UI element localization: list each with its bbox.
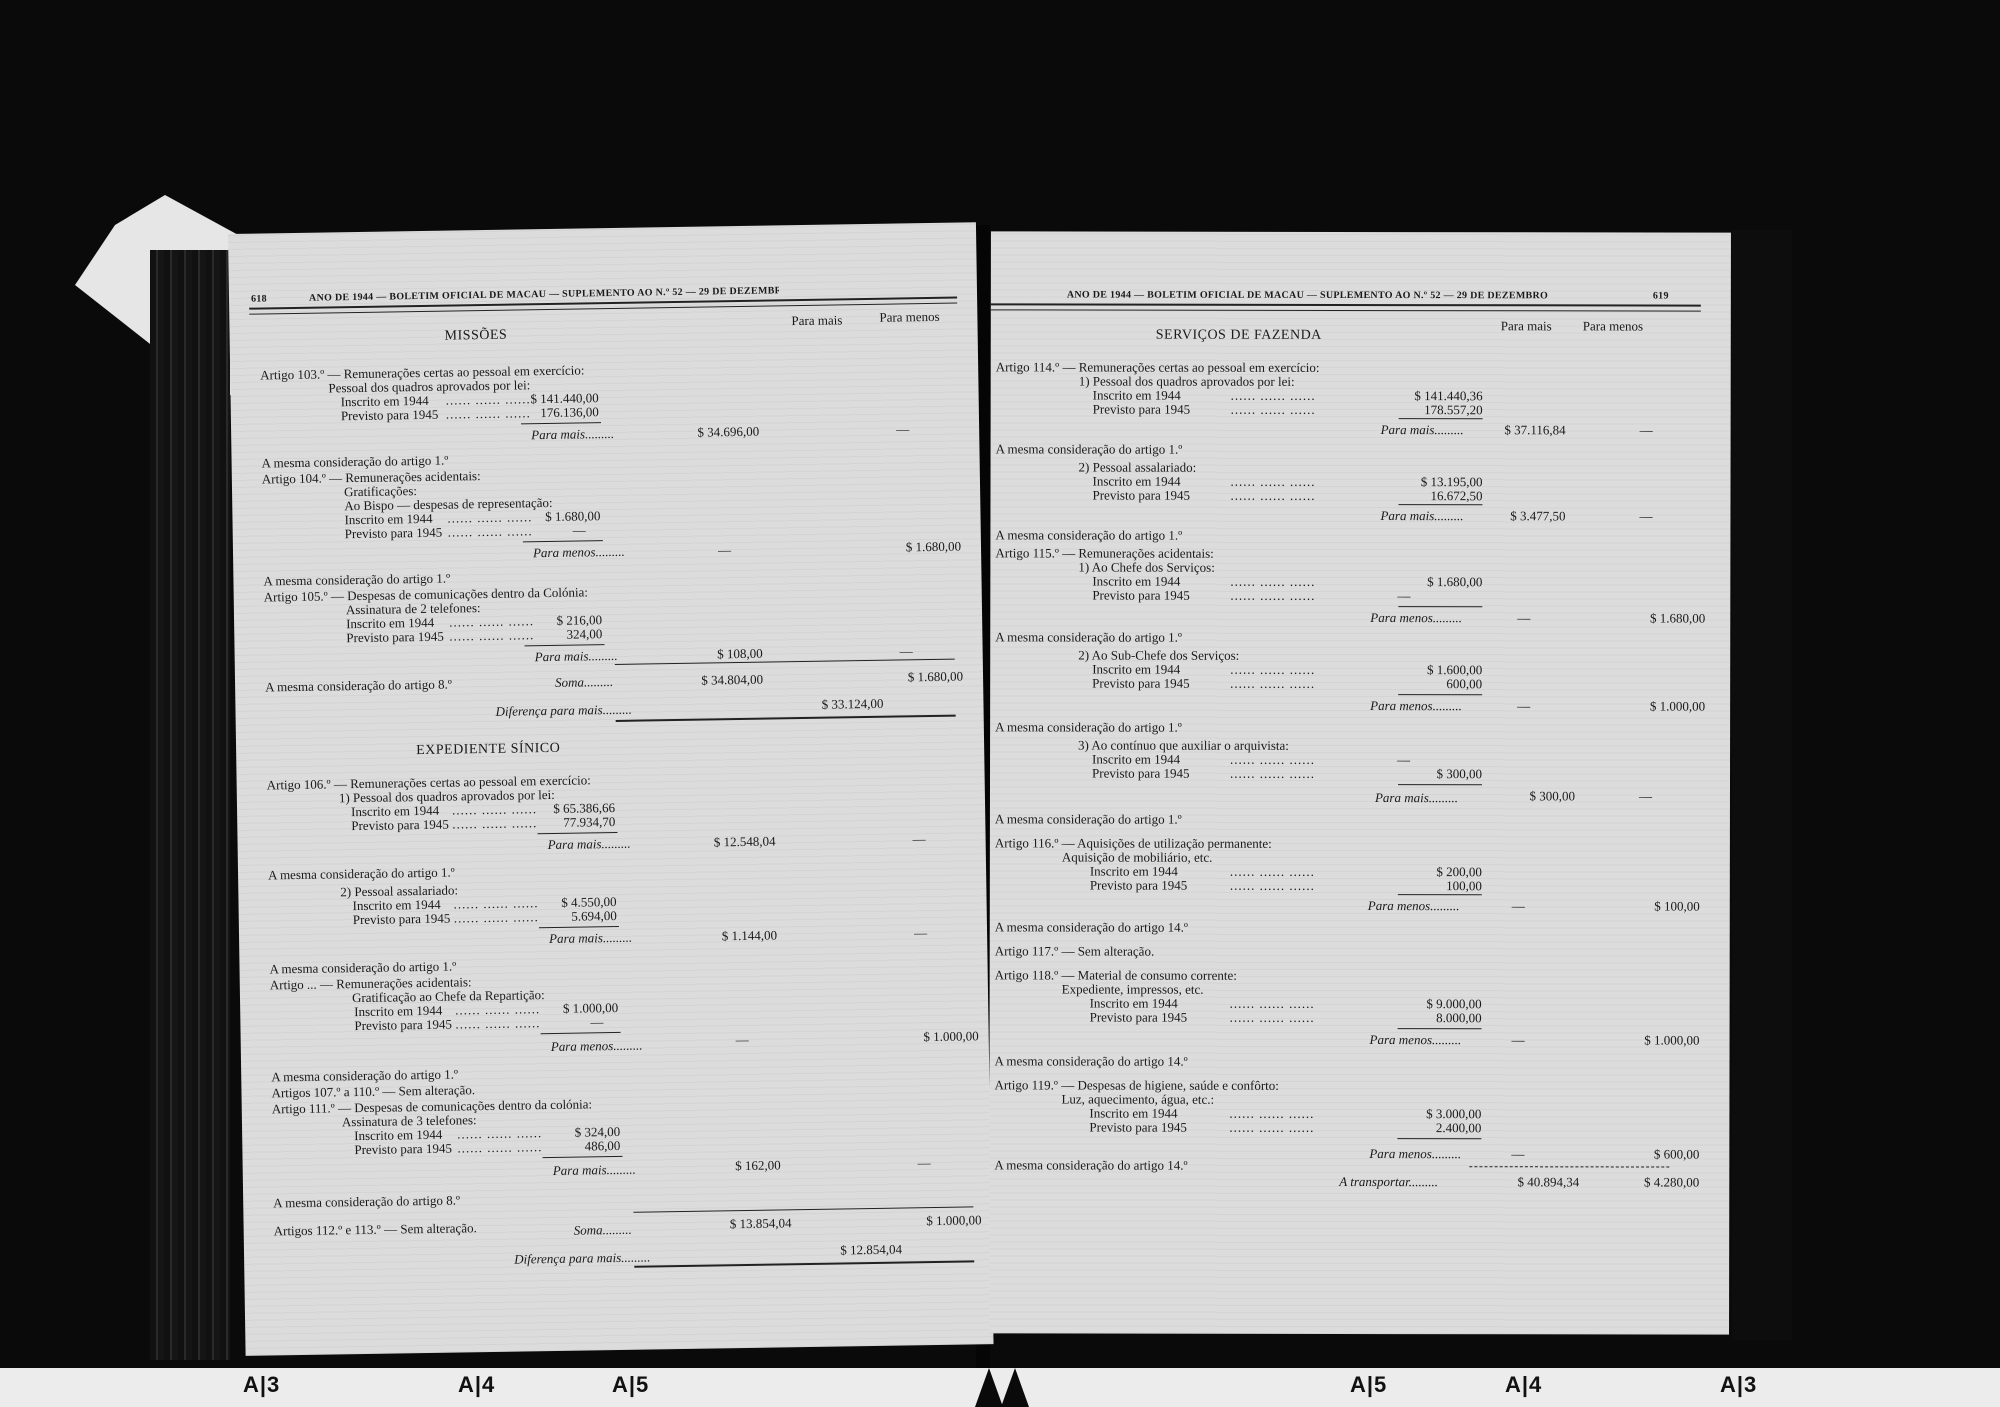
- consideration-note: A mesma consideração do artigo 1.º: [996, 441, 1183, 457]
- leader-dots: ...... ...... ......: [446, 405, 531, 422]
- previsto-value: 77.934,70: [563, 814, 615, 831]
- soma-menos-value: $ 1.680,00: [908, 669, 963, 686]
- previsto-label: Previsto para 1945: [1092, 766, 1190, 782]
- para-menos-label: Para menos.........: [1370, 698, 1462, 714]
- section-title-servicos-fazenda: SERVIÇOS DE FAZENDA: [1156, 328, 1322, 344]
- diferenca-label: Diferença para mais.........: [495, 702, 632, 720]
- para-menos-value: $ 100,00: [1654, 899, 1700, 915]
- previsto-label: Previsto para 1945: [1090, 878, 1188, 894]
- para-mais-value: $ 34.696,00: [697, 424, 759, 441]
- previsto-value: 178.557,20: [1424, 402, 1483, 418]
- book-edge-left: [150, 250, 230, 1360]
- film-notch: [975, 1368, 1003, 1407]
- soma-mais-value: $ 34.804,00: [701, 672, 763, 689]
- a-transportar-label: A transportar.........: [1339, 1174, 1438, 1190]
- article-heading: Artigos 112.º e 113.º — Sem alteração.: [274, 1220, 477, 1239]
- col-header-menos: Para menos: [879, 309, 940, 326]
- previsto-value: $ 300,00: [1437, 766, 1483, 782]
- para-mais-label: Para mais.........: [1375, 790, 1458, 806]
- inscrito-value: $ 1.680,00: [1427, 574, 1482, 590]
- left-page: 618 ANO DE 1944 — BOLETIM OFICIAL DE MAC…: [228, 222, 994, 1356]
- soma-mais-value: $ 13.854,04: [730, 1215, 792, 1232]
- film-marker: A|5: [1350, 1372, 1387, 1398]
- previsto-value: 486,00: [585, 1138, 621, 1155]
- consideration-note: A mesma consideração do artigo 1.º: [995, 719, 1182, 735]
- para-mais-value: $ 108,00: [717, 646, 763, 663]
- consideration-note: A mesma consideração do artigo 1.º: [995, 811, 1182, 827]
- para-menos-value: $ 1.680,00: [906, 539, 961, 556]
- previsto-label: Previsto para 1945: [341, 407, 439, 425]
- para-mais-value: $ 162,00: [735, 1157, 781, 1174]
- previsto-label: Previsto para 1945: [1093, 402, 1191, 418]
- para-menos-value: —: [912, 831, 925, 847]
- consideration-note: A mesma consideração do artigo 8.º: [265, 677, 452, 696]
- leader-dots: ...... ...... ......: [1230, 878, 1315, 894]
- previsto-value: —: [573, 522, 586, 538]
- diferenca-value: $ 33.124,00: [822, 696, 884, 713]
- para-menos-label: Para menos.........: [533, 544, 625, 561]
- para-menos-label: Para menos.........: [1370, 610, 1462, 626]
- leader-dots: ...... ...... ......: [457, 1139, 542, 1156]
- para-menos-value: —: [896, 421, 909, 437]
- para-mais-value: —: [736, 1032, 749, 1048]
- previsto-value: 600,00: [1446, 676, 1482, 692]
- para-mais-value: $ 300,00: [1529, 788, 1575, 804]
- page-number: 619: [1653, 291, 1669, 302]
- previsto-label: Previsto para 1945: [345, 525, 443, 543]
- para-menos-value: $ 1.000,00: [1650, 699, 1705, 715]
- film-marker: A|4: [1505, 1372, 1542, 1398]
- previsto-value: 176.136,00: [540, 404, 599, 421]
- para-menos-value: —: [1639, 508, 1652, 524]
- film-marker: A|5: [612, 1372, 649, 1398]
- col-header-mais: Para mais: [791, 312, 842, 329]
- para-mais-label: Para mais.........: [553, 1162, 636, 1179]
- para-menos-value: —: [914, 925, 927, 941]
- para-menos-label: Para menos.........: [1368, 898, 1460, 914]
- previsto-value: 2.400,00: [1436, 1120, 1482, 1136]
- para-menos-label: Para menos.........: [1370, 1032, 1462, 1048]
- section-title-missoes: MISSÕES: [445, 328, 508, 345]
- leader-dots: ...... ...... ......: [449, 627, 534, 644]
- previsto-value: —: [1397, 588, 1410, 604]
- diferenca-label: Diferença para mais.........: [514, 1249, 651, 1267]
- para-mais-label: Para mais.........: [549, 930, 632, 947]
- film-marker: A|4: [458, 1372, 495, 1398]
- leader-dots: ...... ...... ......: [448, 523, 533, 540]
- previsto-label: Previsto para 1945: [354, 1017, 452, 1035]
- para-menos-value: $ 1.680,00: [1650, 611, 1705, 627]
- para-mais-value: $ 12.548,04: [714, 833, 776, 850]
- leader-dots: ...... ...... ......: [1230, 588, 1315, 604]
- previsto-value: 100,00: [1446, 878, 1482, 894]
- para-menos-label: Para menos.........: [551, 1038, 643, 1055]
- soma-label: Soma.........: [555, 674, 613, 691]
- leader-dots: ...... ...... ......: [455, 1015, 540, 1032]
- soma-label: Soma.........: [574, 1222, 632, 1239]
- previsto-label: Previsto para 1945: [346, 629, 444, 647]
- para-mais-label: Para mais.........: [1381, 422, 1464, 438]
- page-header: ANO DE 1944 — BOLETIM OFICIAL DE MACAU —…: [991, 289, 1731, 310]
- consideration-note: A mesma consideração do artigo 1.º: [268, 865, 455, 884]
- consideration-note: A mesma consideração do artigo 8.º: [273, 1192, 460, 1211]
- para-mais-label: Para mais.........: [535, 648, 618, 665]
- para-mais-label: Para mais.........: [1380, 508, 1463, 524]
- para-menos-value: —: [1640, 422, 1653, 438]
- para-menos-label: Para menos.........: [1369, 1146, 1461, 1162]
- col-header-mais: Para mais: [1501, 318, 1552, 334]
- leader-dots: ...... ...... ......: [1229, 1120, 1314, 1136]
- film-notch: [1001, 1368, 1029, 1407]
- previsto-value: 324,00: [566, 626, 602, 643]
- inscrito-value: —: [1397, 752, 1410, 768]
- diferenca-value: $ 12.854,04: [840, 1242, 902, 1259]
- para-mais-value: —: [718, 542, 731, 558]
- para-mais-value: $ 1.144,00: [722, 927, 777, 944]
- leader-dots: ...... ...... ......: [1230, 676, 1315, 692]
- previsto-value: 5.694,00: [571, 908, 617, 925]
- a-transportar-menos-value: $ 4.280,00: [1644, 1174, 1699, 1190]
- col-header-menos: Para menos: [1583, 318, 1643, 334]
- para-menos-value: $ 1.000,00: [923, 1028, 978, 1045]
- book-edge-right: [1732, 230, 1792, 1340]
- soma-menos-value: $ 1.000,00: [926, 1212, 981, 1229]
- header-rule: [991, 303, 1701, 311]
- para-mais-value: —: [1517, 698, 1530, 714]
- previsto-label: Previsto para 1945: [1092, 676, 1190, 692]
- right-page: ANO DE 1944 — BOLETIM OFICIAL DE MACAU —…: [989, 231, 1731, 1334]
- leader-dots: ...... ...... ......: [1231, 402, 1316, 418]
- consideration-note: A mesma consideração do artigo 1.º: [995, 629, 1182, 645]
- leader-dots: ...... ...... ......: [454, 909, 539, 926]
- leader-dots: ...... ...... ......: [1230, 488, 1315, 504]
- consideration-note: A mesma consideração do artigo 14.º: [995, 919, 1188, 935]
- section-title-expediente-sinico: EXPEDIENTE SÍNICO: [416, 741, 560, 759]
- film-marker: A|3: [243, 1372, 280, 1398]
- para-mais-value: —: [1517, 610, 1530, 626]
- previsto-label: Previsto para 1945: [1089, 1120, 1187, 1136]
- consideration-note: A mesma consideração do artigo 1.º: [995, 527, 1182, 543]
- para-menos-value: $ 600,00: [1654, 1147, 1700, 1163]
- previsto-label: Previsto para 1945: [351, 817, 449, 835]
- film-marker: A|3: [1720, 1372, 1757, 1398]
- para-mais-value: —: [1511, 1146, 1524, 1162]
- para-mais-value: —: [1512, 898, 1525, 914]
- previsto-label: Previsto para 1945: [1092, 588, 1190, 604]
- previsto-value: 8.000,00: [1436, 1010, 1482, 1026]
- consideration-note: A mesma consideração do artigo 14.º: [994, 1053, 1187, 1069]
- page-header: 618 ANO DE 1944 — BOLETIM OFICIAL DE MAC…: [229, 282, 977, 314]
- para-menos-value: $ 1.000,00: [1644, 1032, 1699, 1048]
- header-title: ANO DE 1944 — BOLETIM OFICIAL DE MACAU —…: [1067, 289, 1607, 301]
- para-mais-value: —: [1512, 1032, 1525, 1048]
- previsto-value: 16.672,50: [1430, 488, 1482, 504]
- para-menos-value: —: [1639, 788, 1652, 804]
- para-menos-value: —: [918, 1155, 931, 1171]
- para-mais-label: Para mais.........: [548, 836, 631, 853]
- previsto-label: Previsto para 1945: [353, 911, 451, 929]
- para-mais-value: $ 3.477,50: [1510, 508, 1565, 524]
- previsto-value: —: [590, 1014, 603, 1030]
- para-mais-label: Para mais.........: [531, 426, 614, 443]
- a-transportar-mais-value: $ 40.894,34: [1518, 1174, 1580, 1190]
- consideration-note: A mesma consideração do artigo 14.º: [994, 1157, 1187, 1173]
- previsto-label: Previsto para 1945: [354, 1141, 452, 1159]
- leader-dots: ...... ...... ......: [1230, 766, 1315, 782]
- previsto-label: Previsto para 1945: [1092, 488, 1190, 504]
- para-mais-value: $ 37.116,84: [1504, 422, 1565, 438]
- article-heading: Artigo 117.º — Sem alteração.: [995, 943, 1155, 959]
- leader-dots: ...... ...... ......: [452, 815, 537, 832]
- page-number: 618: [251, 293, 267, 304]
- previsto-label: Previsto para 1945: [1090, 1010, 1188, 1026]
- para-menos-value: —: [900, 643, 913, 659]
- leader-dots: ...... ...... ......: [1230, 1010, 1315, 1026]
